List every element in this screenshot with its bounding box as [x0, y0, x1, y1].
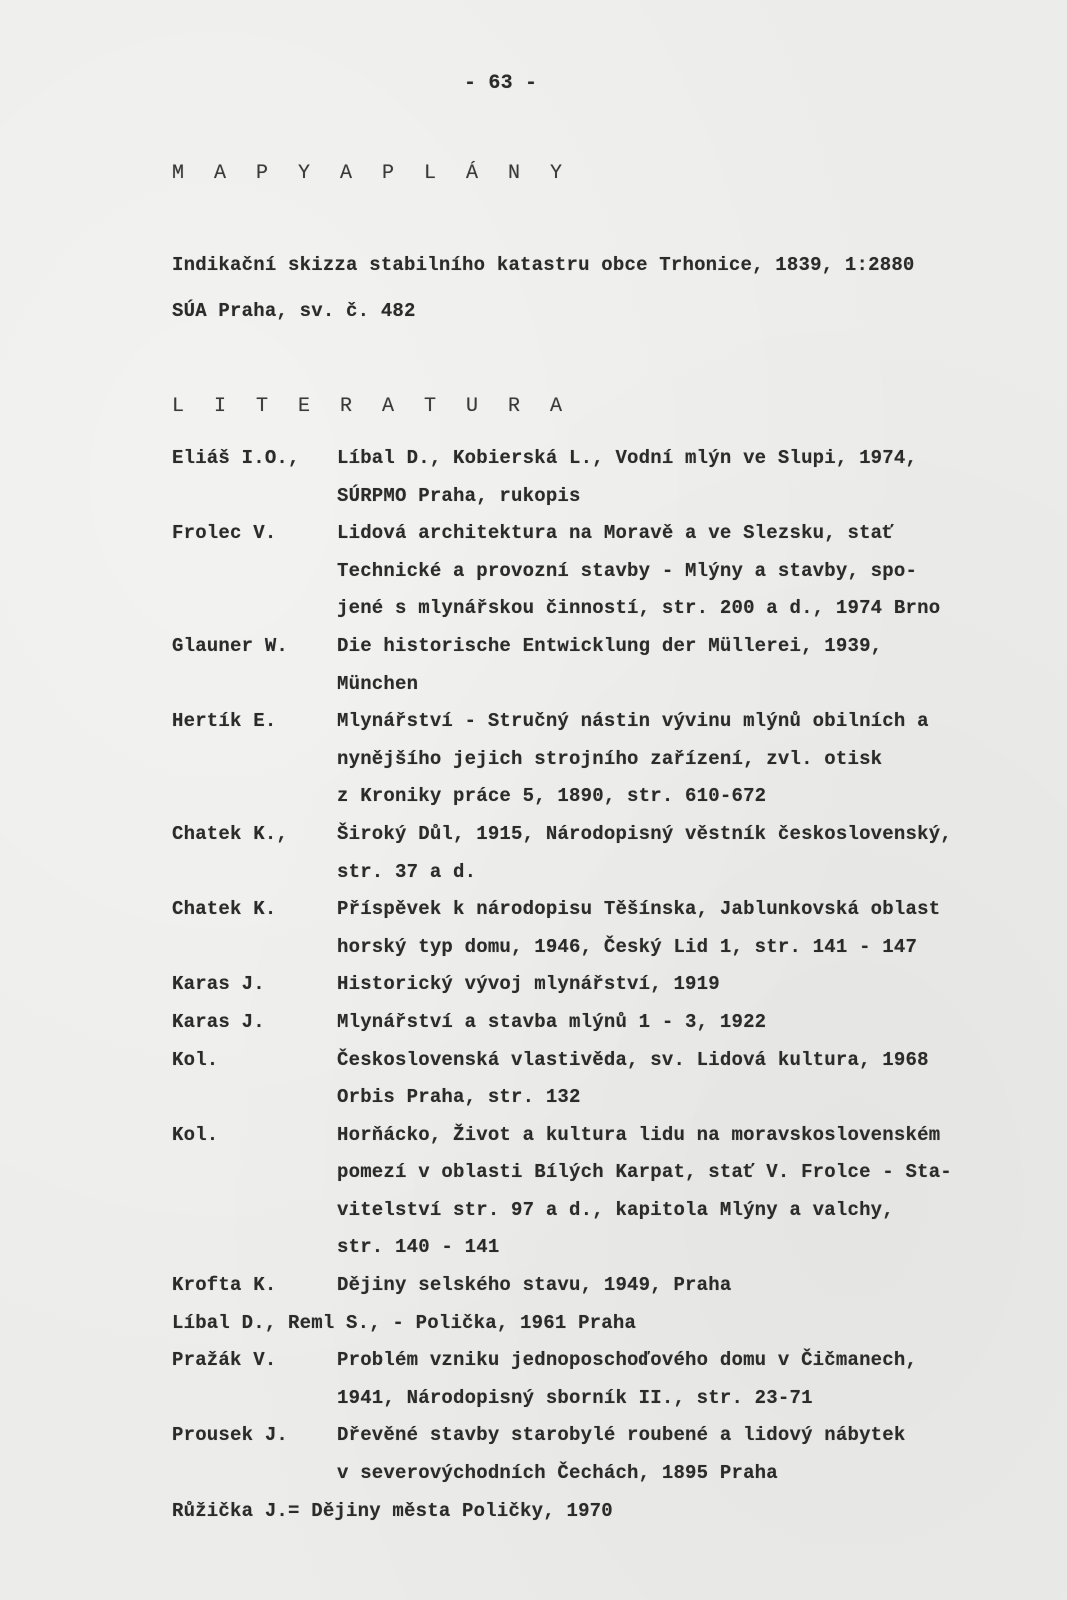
- bibliography-entry-text: nynějšího jejich strojního zařízení, zvl…: [337, 741, 882, 779]
- bibliography-entry-text: Technické a provozní stavby - Mlýny a st…: [337, 553, 917, 591]
- bibliography-entry-text: str. 140 - 141: [337, 1229, 499, 1267]
- bibliography-entry-text: 1941, Národopisný sborník II., str. 23-7…: [337, 1380, 813, 1418]
- bibliography-entry-text: Líbal D., Kobierská L., Vodní mlýn ve Sl…: [337, 440, 917, 478]
- bibliography-entry-text: München: [337, 666, 418, 704]
- map-source-line: SÚA Praha, sv. č. 482: [172, 300, 416, 322]
- bibliography-author: Hertík E.: [172, 703, 276, 741]
- bibliography-author: Chatek K.,: [172, 816, 288, 854]
- bibliography-entry-text: Die historische Entwicklung der Müllerei…: [337, 628, 882, 666]
- bibliography-entry-text: Široký Důl, 1915, Národopisný věstník če…: [337, 816, 952, 854]
- bibliography-author: Glauner W.: [172, 628, 288, 666]
- literature-section-heading: L I T E R A T U R A: [172, 395, 571, 418]
- typewritten-page: - 63 - M A P Y A P L Á N Y Indikační ski…: [0, 0, 1067, 1600]
- bibliography-entry-text: Orbis Praha, str. 132: [337, 1079, 581, 1117]
- bibliography-author: Kol.: [172, 1117, 218, 1155]
- bibliography-entry: Růžička J.= Dějiny města Poličky, 1970: [172, 1493, 1052, 1531]
- bibliography-author: Karas J.: [172, 1004, 265, 1042]
- bibliography-author: Eliáš I.O.,: [172, 440, 300, 478]
- bibliography-entry-text: Dřevěné stavby starobylé roubené a lidov…: [337, 1417, 906, 1455]
- bibliography-entry: Karas J.Mlynářství a stavba mlýnů 1 - 3,…: [172, 1004, 1052, 1042]
- bibliography-entry: Glauner W.Die historische Entwicklung de…: [172, 628, 1052, 703]
- bibliography-entry-text: Dějiny selského stavu, 1949, Praha: [337, 1267, 731, 1305]
- bibliography-entry-text: Československá vlastivěda, sv. Lidová ku…: [337, 1042, 929, 1080]
- bibliography-entry: Chatek K.Příspěvek k národopisu Těšínska…: [172, 891, 1052, 966]
- bibliography-entry-text: Příspěvek k národopisu Těšínska, Jablunk…: [337, 891, 940, 929]
- bibliography-entry-text: horský typ domu, 1946, Český Lid 1, str.…: [337, 929, 917, 967]
- bibliography-entry: Kol.Horňácko, Život a kultura lidu na mo…: [172, 1117, 1052, 1267]
- bibliography-entry-text: Mlynářství - Stručný nástin vývinu mlýnů…: [337, 703, 929, 741]
- bibliography-entry: Prousek J.Dřevěné stavby starobylé roube…: [172, 1417, 1052, 1492]
- bibliography-entry: Kol.Československá vlastivěda, sv. Lidov…: [172, 1042, 1052, 1117]
- bibliography-entry-text: Historický vývoj mlynářství, 1919: [337, 966, 720, 1004]
- bibliography-entry-text: vitelství str. 97 a d., kapitola Mlýny a…: [337, 1192, 894, 1230]
- bibliography-entry-text: z Kroniky práce 5, 1890, str. 610-672: [337, 778, 766, 816]
- bibliography-entry: Pražák V.Problém vzniku jednoposchoďovéh…: [172, 1342, 1052, 1417]
- bibliography-author: Kol.: [172, 1042, 218, 1080]
- bibliography-entry: Frolec V.Lidová architektura na Moravě a…: [172, 515, 1052, 628]
- bibliography-entry-text: jené s mlynářskou činností, str. 200 a d…: [337, 590, 940, 628]
- bibliography-author: Prousek J.: [172, 1417, 288, 1455]
- bibliography-entry-text: Horňácko, Život a kultura lidu na moravs…: [337, 1117, 940, 1155]
- bibliography-author: Chatek K.: [172, 891, 276, 929]
- bibliography-author: Krofta K.: [172, 1267, 276, 1305]
- bibliography-entry-text: Líbal D., Reml S., - Polička, 1961 Praha: [172, 1305, 636, 1343]
- bibliography-entry-text: Problém vzniku jednoposchoďového domu v …: [337, 1342, 917, 1380]
- bibliography-entry: Karas J.Historický vývoj mlynářství, 191…: [172, 966, 1052, 1004]
- bibliography-entry-text: pomezí v oblasti Bílých Karpat, stať V. …: [337, 1154, 952, 1192]
- bibliography-author: Karas J.: [172, 966, 265, 1004]
- bibliography-entry: Líbal D., Reml S., - Polička, 1961 Praha: [172, 1305, 1052, 1343]
- bibliography-author: Frolec V.: [172, 515, 276, 553]
- bibliography-entry-text: Růžička J.= Dějiny města Poličky, 1970: [172, 1493, 613, 1531]
- map-source-line: Indikační skizza stabilního katastru obc…: [172, 254, 915, 276]
- bibliography-entry-text: SÚRPMO Praha, rukopis: [337, 478, 581, 516]
- bibliography-entry-text: v severovýchodních Čechách, 1895 Praha: [337, 1455, 778, 1493]
- bibliography-list: Eliáš I.O.,Líbal D., Kobierská L., Vodní…: [172, 440, 1052, 1530]
- bibliography-entry-text: str. 37 a d.: [337, 854, 476, 892]
- bibliography-entry: Krofta K.Dějiny selského stavu, 1949, Pr…: [172, 1267, 1052, 1305]
- bibliography-entry-text: Lidová architektura na Moravě a ve Slezs…: [337, 515, 894, 553]
- bibliography-entry: Hertík E.Mlynářství - Stručný nástin výv…: [172, 703, 1052, 816]
- page-number: - 63 -: [464, 72, 537, 95]
- bibliography-entry-text: Mlynářství a stavba mlýnů 1 - 3, 1922: [337, 1004, 766, 1042]
- bibliography-entry: Chatek K.,Široký Důl, 1915, Národopisný …: [172, 816, 1052, 891]
- bibliography-entry: Eliáš I.O.,Líbal D., Kobierská L., Vodní…: [172, 440, 1052, 515]
- bibliography-author: Pražák V.: [172, 1342, 276, 1380]
- maps-section-heading: M A P Y A P L Á N Y: [172, 162, 571, 185]
